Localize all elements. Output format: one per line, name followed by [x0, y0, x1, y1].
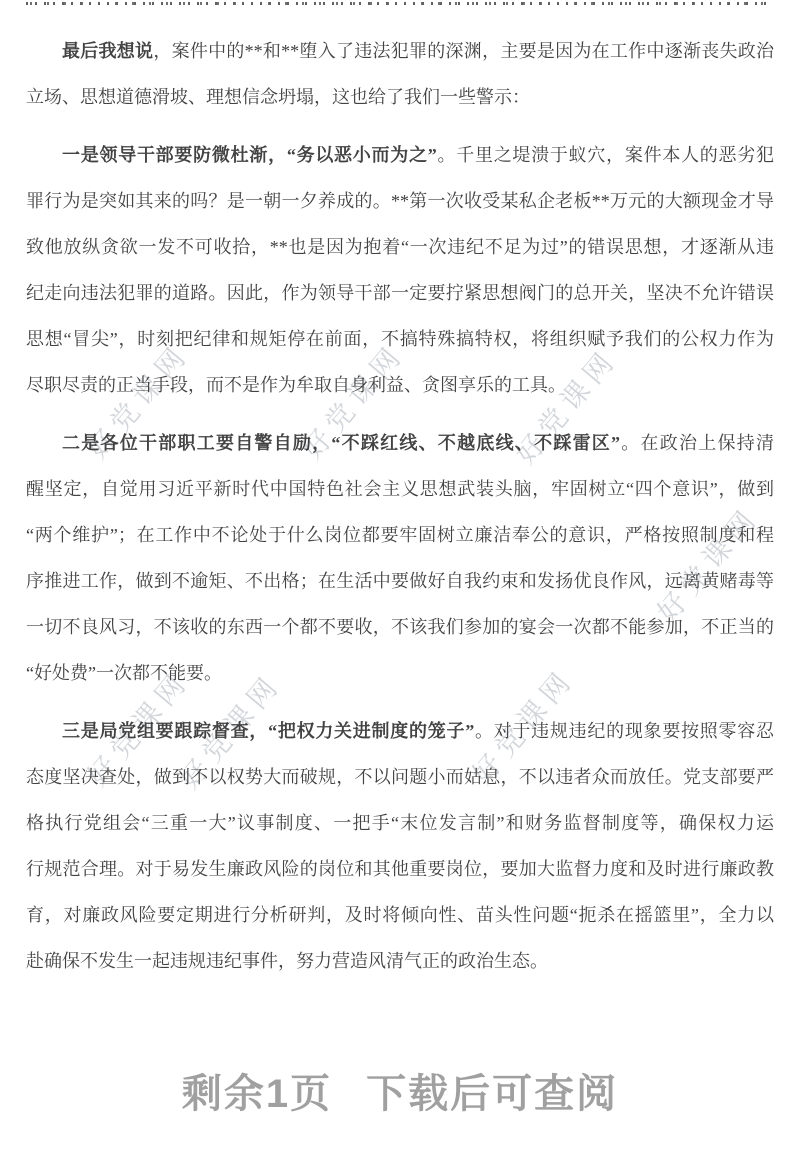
body-text: 思想“冒尖”，时刻把纪律和规矩停在前面，不搞特殊搞特权，将组织赋予我们的公权力作… [26, 329, 774, 349]
bold-lead-text: 最后我想说 [62, 41, 153, 61]
body-text: 立场、思想道德滑坡、理想信念坍塌，这也给了我们一些警示： [26, 87, 530, 107]
document-line: “好处费”一次都不能要。 [26, 650, 774, 696]
bold-lead-text: 三是局党组要跟踪督查，“把权力关进制度的笼子” [62, 721, 474, 741]
body-text: 序推进工作，做到不逾矩、不出格；在生活中要做好自我约束和发扬优良作风，远离黄赌毒… [26, 571, 774, 591]
document-line: 致他放纵贪欲一发不可收拾，**也是因为抱着“一次违纪不足为过”的错误思想，才逐渐… [26, 224, 774, 270]
bold-lead-text: 一是领导干部要防微杜渐，“务以恶小而为之” [62, 145, 437, 165]
body-text: 致他放纵贪欲一发不可收拾，**也是因为抱着“一次违纪不足为过”的错误思想，才逐渐… [26, 237, 774, 257]
body-text: 醒坚定，自觉用习近平新时代中国特色社会主义思想武装头脑，牢固树立“四个意识”，做… [26, 479, 774, 499]
clipped-previous-text-line [26, 2, 768, 5]
document-line: 态度坚决查处，做到不以权势大而破规，不以问题小而姑息，不以违者众而放任。党支部要… [26, 754, 774, 800]
body-text: 一切不良风习，不该收的东西一个都不要收，不该我们参加的宴会一次都不能参加，不正当… [26, 617, 774, 637]
body-text: 赴确保不发生一起违规违纪事件，努力营造风清气正的政治生态。 [26, 951, 548, 971]
document-content: 最后我想说，案件中的**和**堕入了违法犯罪的深渊，主要是因为在工作中逐渐丧失政… [26, 28, 774, 996]
body-text: 行规范合理。对于易发生廉政风险的岗位和其他重要岗位，要加大监督力度和及时进行廉政… [26, 859, 774, 879]
body-text: “两个维护”；在工作中不论处于什么岗位都要牢固树立廉洁奉公的意识，严格按照制度和… [26, 525, 774, 545]
body-text: 尽职尽责的正当手段，而不是作为牟取自身利益、贪图享乐的工具。 [26, 375, 566, 395]
document-line: “两个维护”；在工作中不论处于什么岗位都要牢固树立廉洁奉公的意识，严格按照制度和… [26, 512, 774, 558]
body-text: “好处费”一次都不能要。 [26, 663, 222, 683]
document-line: 三是局党组要跟踪督查，“把权力关进制度的笼子”。对于违规违纪的现象要按照零容忍 [26, 708, 774, 754]
document-line: 赴确保不发生一起违规违纪事件，努力营造风清气正的政治生态。 [26, 938, 774, 984]
document-page: { "colors": { "background": "#ffffff", "… [0, 0, 800, 1172]
pages-remaining-text: 剩余1页 [182, 1072, 332, 1116]
paragraph: 一是领导干部要防微杜渐，“务以恶小而为之”。千里之堤溃于蚁穴，案件本人的恶劣犯罪… [26, 132, 774, 408]
download-hint-text: 下载后可查阅 [366, 1072, 618, 1116]
body-text: 。在政治上保持清 [620, 433, 774, 453]
document-line: 序推进工作，做到不逾矩、不出格；在生活中要做好自我约束和发扬优良作风，远离黄赌毒… [26, 558, 774, 604]
paragraph: 三是局党组要跟踪督查，“把权力关进制度的笼子”。对于违规违纪的现象要按照零容忍态… [26, 708, 774, 984]
document-line: 醒坚定，自觉用习近平新时代中国特色社会主义思想武装头脑，牢固树立“四个意识”，做… [26, 466, 774, 512]
document-line: 罪行为是突如其来的吗？是一朝一夕养成的。**第一次收受某私企老板**万元的大额现… [26, 178, 774, 224]
document-line: 一切不良风习，不该收的东西一个都不要收，不该我们参加的宴会一次都不能参加，不正当… [26, 604, 774, 650]
document-line: 尽职尽责的正当手段，而不是作为牟取自身利益、贪图享乐的工具。 [26, 362, 774, 408]
document-line: 立场、思想道德滑坡、理想信念坍塌，这也给了我们一些警示： [26, 74, 774, 120]
document-line: 行规范合理。对于易发生廉政风险的岗位和其他重要岗位，要加大监督力度和及时进行廉政… [26, 846, 774, 892]
paragraph: 二是各位干部职工要自警自励，“不踩红线、不越底线、不踩雷区”。在政治上保持清醒坚… [26, 420, 774, 696]
document-line: 一是领导干部要防微杜渐，“务以恶小而为之”。千里之堤溃于蚁穴，案件本人的恶劣犯 [26, 132, 774, 178]
body-text: ，案件中的**和**堕入了违法犯罪的深渊，主要是因为在工作中逐渐丧失政治 [153, 41, 774, 61]
bold-lead-text: 二是各位干部职工要自警自励，“不踩红线、不越底线、不踩雷区” [62, 433, 620, 453]
body-text: 纪走向违法犯罪的道路。因此，作为领导干部一定要拧紧思想阀门的总开关，坚决不允许错… [26, 283, 774, 303]
document-line: 育，对廉政风险要定期进行分析研判，及时将倾向性、苗头性问题“扼杀在摇篮里”，全力… [26, 892, 774, 938]
document-line: 格执行党组会“三重一大”议事制度、一把手“末位发言制”和财务监督制度等，确保权力… [26, 800, 774, 846]
body-text: 育，对廉政风险要定期进行分析研判，及时将倾向性、苗头性问题“扼杀在摇篮里”，全力… [26, 905, 774, 925]
body-text: 格执行党组会“三重一大”议事制度、一把手“末位发言制”和财务监督制度等，确保权力… [26, 813, 774, 833]
body-text: 。千里之堤溃于蚁穴，案件本人的恶劣犯 [437, 145, 774, 165]
paragraph: 最后我想说，案件中的**和**堕入了违法犯罪的深渊，主要是因为在工作中逐渐丧失政… [26, 28, 774, 120]
body-text: 罪行为是突如其来的吗？是一朝一夕养成的。**第一次收受某私企老板**万元的大额现… [26, 191, 774, 211]
document-line: 思想“冒尖”，时刻把纪律和规矩停在前面，不搞特殊搞特权，将组织赋予我们的公权力作… [26, 316, 774, 362]
paywall-banner: 剩余1页下载后可查阅 [0, 1062, 800, 1119]
document-line: 最后我想说，案件中的**和**堕入了违法犯罪的深渊，主要是因为在工作中逐渐丧失政… [26, 28, 774, 74]
document-line: 二是各位干部职工要自警自励，“不踩红线、不越底线、不踩雷区”。在政治上保持清 [26, 420, 774, 466]
body-text: 。对于违规违纪的现象要按照零容忍 [474, 721, 774, 741]
document-line: 纪走向违法犯罪的道路。因此，作为领导干部一定要拧紧思想阀门的总开关，坚决不允许错… [26, 270, 774, 316]
body-text: 态度坚决查处，做到不以权势大而破规，不以问题小而姑息，不以违者众而放任。党支部要… [26, 767, 774, 787]
